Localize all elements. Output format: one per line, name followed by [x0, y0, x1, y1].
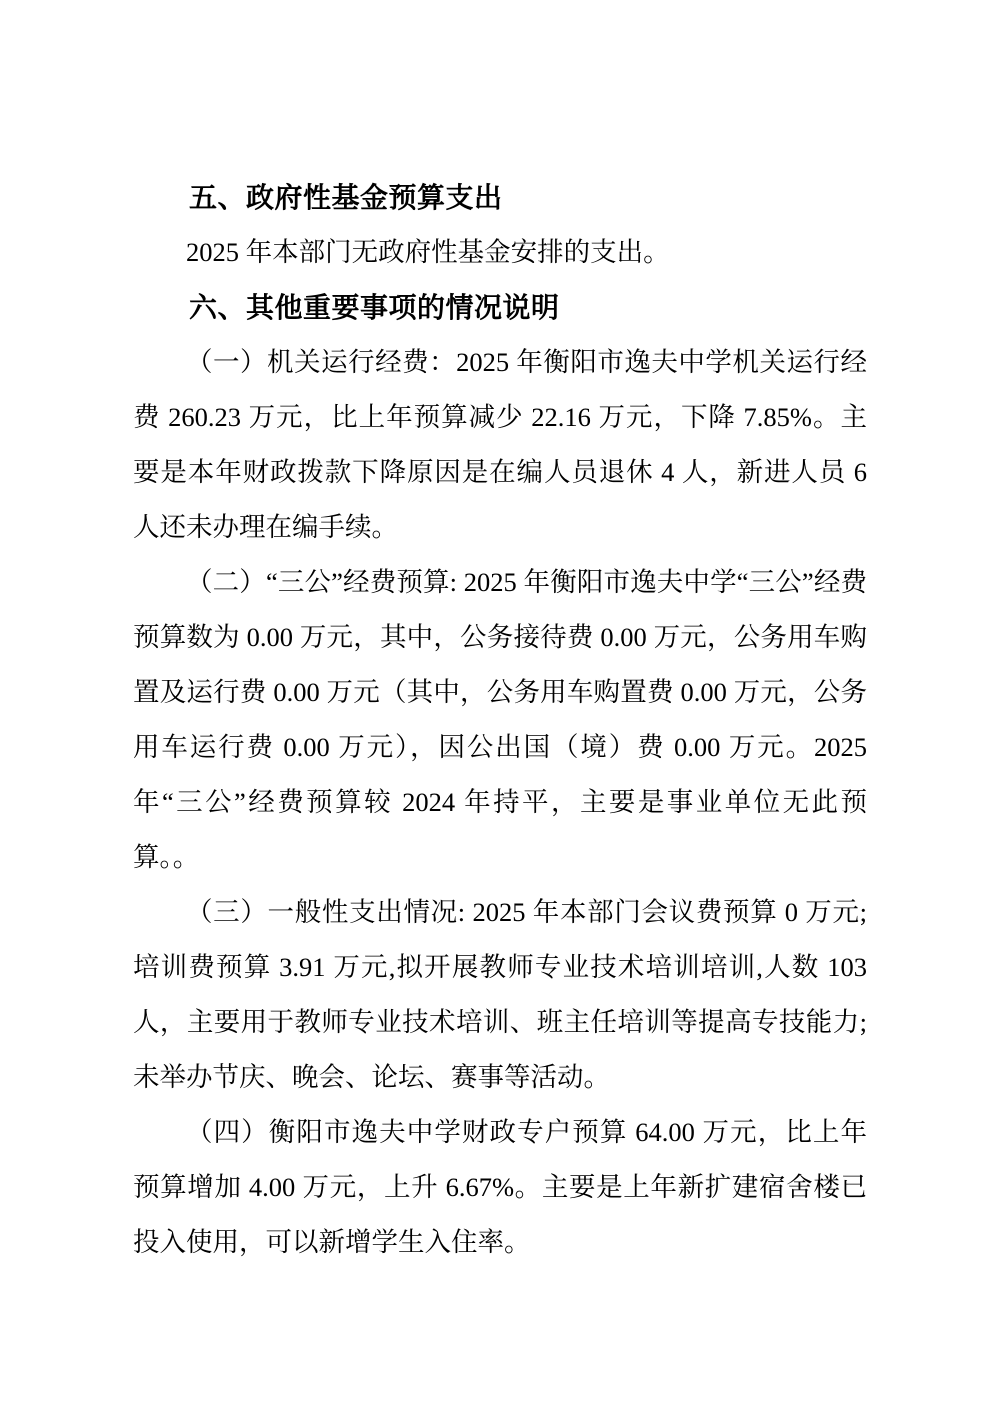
paragraph-fiscal-special-account-budget: （四）衡阳市逸夫中学财政专户预算 64.00 万元，比上年预算增加 4.00 万…	[133, 1105, 867, 1270]
section-heading-other-important-matters: 六、其他重要事项的情况说明	[133, 280, 867, 335]
paragraph-general-expenditure: （三）一般性支出情况: 2025 年本部门会议费预算 0 万元;培训费预算 3.…	[133, 885, 867, 1105]
paragraph-no-government-fund: 2025 年本部门无政府性基金安排的支出。	[133, 225, 867, 280]
paragraph-three-public-expenses-budget: （二）“三公”经费预算: 2025 年衡阳市逸夫中学“三公”经费预算数为 0.0…	[133, 555, 867, 885]
budget-document-page: 五、政府性基金预算支出 2025 年本部门无政府性基金安排的支出。 六、其他重要…	[0, 0, 1000, 1414]
paragraph-agency-operating-expenses: （一）机关运行经费：2025 年衡阳市逸夫中学机关运行经费 260.23 万元，…	[133, 335, 867, 555]
document-body: 五、政府性基金预算支出 2025 年本部门无政府性基金安排的支出。 六、其他重要…	[133, 170, 867, 1270]
section-heading-government-fund-expenditure: 五、政府性基金预算支出	[133, 170, 867, 225]
